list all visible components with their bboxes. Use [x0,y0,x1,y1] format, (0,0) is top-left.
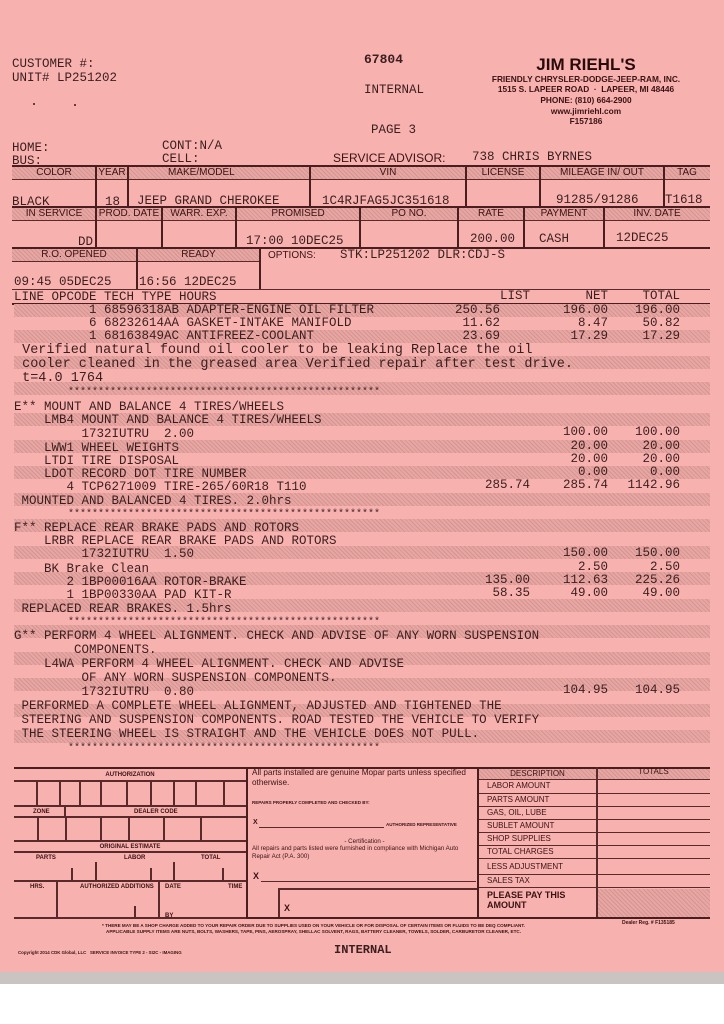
copyright-notice: Copyright 2014 CDK Global, LLC SERVICE I… [18,950,182,955]
inv-date-value: 12DEC25 [616,232,669,245]
separator-stars: ****************************************… [14,508,380,521]
gas-oil-lube-label: GAS, OIL, LUBE [487,808,547,817]
line-item-note: THE STEERING WHEEL IS STRAIGHT AND THE V… [14,728,479,741]
line-item-row: 4 TCP6271009 TIRE-265/60R18 T110 [14,481,307,494]
mileage-header: MILEAGE IN/ OUT [540,167,664,179]
inv-date-header: INV. DATE [604,208,710,220]
line-item-total: 49.00 [620,587,680,600]
customer-number-label: CUSTOMER #: [12,58,95,71]
dealer-subtitle: FRIENDLY CHRYSLER-DODGE-JEEP-RAM, INC. [476,74,696,84]
stray-dot [33,103,35,105]
less-adjustment-label: LESS ADJUSTMENT [487,862,563,871]
dealer-address: 1515 S. LAPEER ROAD · LAPEER, MI 48446 [476,84,696,94]
line-item-note: MOUNTED AND BALANCED 4 TIRES. 2.0hrs [14,495,292,508]
ro-opened-value: 09:45 05DEC25 [14,276,112,289]
year-header: YEAR [96,167,128,179]
certification-title: - Certification - [252,838,477,845]
line-item-row: 1732IUTRU 0.80 [14,686,194,699]
line-item-total: 100.00 [620,426,680,439]
total-charges-label: TOTAL CHARGES [487,847,554,856]
please-pay-label: PLEASE PAY THIS AMOUNT [487,890,587,910]
payment-value: CASH [539,233,569,246]
representative-signature-line[interactable] [259,827,384,828]
mopar-note: All parts installed are genuine Mopar pa… [252,768,477,788]
line-item-row: L4WA PERFORM 4 WHEEL ALIGNMENT. CHECK AN… [14,658,404,671]
rate-header: RATE [458,208,524,220]
license-header: LICENSE [466,167,540,179]
line-item-total: 104.95 [620,684,680,697]
line-item-note: PERFORMED A COMPLETE WHEEL ALIGNMENT, AD… [14,700,502,713]
service-advisor-label: SERVICE ADVISOR: [333,151,445,165]
line-item-row: 1 1BP00330AA PAD KIT-R [14,589,232,602]
options-value: STK:LP251202 DLR:CDJ-S [340,249,505,262]
line-item-list: 23.69 [440,330,500,343]
dealer-phone: PHONE: (810) 664-2900 [476,95,696,105]
shop-charge-note-line-2: APPLICABLE SUPPLY ITEMS ARE NUTS, BOLTS,… [106,929,521,934]
unit-number: UNIT# LP251202 [12,72,117,85]
ro-opened-header: R.O. OPENED [12,249,136,261]
total-label: TOTAL [201,855,220,861]
sublet-amount-label: SUBLET AMOUNT [487,821,554,830]
options-label: OPTIONS: [268,250,316,261]
color-header: COLOR [12,167,96,179]
repairs-checked-label: REPAIRS PROPERLY COMPLETED AND CHECKED B… [252,800,370,805]
ready-value: 16:56 12DEC25 [139,276,237,289]
line-item-row: 1732IUTRU 1.50 [14,548,194,561]
parts-amount-label: PARTS AMOUNT [487,795,549,804]
net-header: NET [548,290,608,303]
job-g-title: G** PERFORM 4 WHEEL ALIGNMENT. CHECK AND… [14,630,539,643]
authorized-representative-label: AUTHORIZED REPRESENTATIVE [386,822,457,827]
dealer-registration: Dealer Reg. # F135185 [622,920,675,926]
line-item-note: cooler cleaned in the greased area Verif… [14,358,573,371]
separator-stars: ****************************************… [14,386,380,399]
po-no-header: PO NO. [360,208,458,220]
list-header: LIST [470,290,530,303]
certification-text: All repairs and parts listed were furnis… [252,845,477,860]
labor-amount-label: LABOR AMOUNT [487,781,551,790]
dealer-form-code: F157186 [476,116,696,126]
in-service-header: IN SERVICE [12,208,96,220]
make-model-header: MAKE/MODEL [128,167,238,179]
prod-date-header: PROD. DATE [96,208,162,220]
line-item-row: OF ANY WORN SUSPENSION COMPONENTS. [14,672,337,685]
please-pay-amount-box [598,889,710,917]
ready-header: READY [137,249,260,261]
line-item-net: 49.00 [548,587,608,600]
vin-header: VIN [310,167,466,179]
line-item-list: 58.35 [470,587,530,600]
totals-header: TOTALS [597,767,710,776]
line-item-total: 17.29 [620,330,680,343]
customer-signature-line[interactable] [261,881,476,882]
tag-header: TAG [664,167,710,179]
original-estimate-label: ORIGINAL ESTIMATE [14,844,246,850]
line-item-row: 1732IUTRU 2.00 [14,428,194,441]
zone-label: ZONE [33,809,50,815]
hours-label: HRS. [30,884,44,890]
line-item-note: t=4.0 1764 [14,372,103,385]
scan-edge [0,972,724,984]
rate-value: 200.00 [470,233,515,246]
dealer-name: JIM RIEHL'S [476,55,696,75]
signature-x: X [253,819,258,826]
line-item-net: 104.95 [548,684,608,697]
service-advisor-value: 738 CHRIS BYRNES [472,151,592,164]
separator-stars: ****************************************… [14,742,380,755]
line-item-note: Verified natural found oil cooler to be … [14,344,532,357]
dealer-code-label: DEALER CODE [134,809,178,815]
line-item-net: 17.29 [548,330,608,343]
line-item-note: REPLACED REAR BRAKES. 1.5hrs [14,603,232,616]
service-invoice-page: CUSTOMER #: UNIT# LP251202 67804 INTERNA… [0,0,724,983]
line-item-list: 285.74 [470,479,530,492]
line-item-net: 100.00 [548,426,608,439]
promised-header: PROMISED [236,208,360,220]
payment-header: PAYMENT [524,208,604,220]
total-header: TOTAL [620,290,680,303]
description-header: DESCRIPTION [479,769,596,778]
line-item-row: LMB4 MOUNT AND BALANCE 4 TIRES/WHEELS [14,414,322,427]
page-number: PAGE 3 [371,124,416,137]
shop-supplies-label: SHOP SUPPLIES [487,834,551,843]
stray-dot [74,104,76,106]
customer-signature-x: X [253,871,259,881]
labor-label: LABOR [124,855,145,861]
line-item-total: 1142.96 [620,479,680,492]
authorized-additions-label: AUTHORIZED ADDITIONS [80,884,140,890]
line-item-total: 150.00 [620,547,680,560]
pickup-signature-x[interactable]: X [284,903,290,913]
invoice-number: 67804 [364,53,403,66]
job-g-title-cont: COMPONENTS. [14,644,157,657]
shop-charge-note-line-1: * THERE MAY BE A SHOP CHARGE ADDED TO YO… [102,923,525,928]
separator-stars: ****************************************… [14,616,380,629]
parts-label: PARTS [36,855,56,861]
authorization-label: AUTHORIZATION [14,772,246,778]
line-item-row: 1 68163849AC ANTIFREEZ-COOLANT [14,330,314,343]
dealer-website: www.jimriehl.com [476,106,696,116]
invoice-type: INTERNAL [364,84,424,97]
date-label: DATE [165,884,181,890]
time-label: TIME [228,884,242,890]
line-item-net: 285.74 [548,479,608,492]
line-item-net: 150.00 [548,547,608,560]
footer-internal-label: INTERNAL [334,944,392,957]
sales-tax-label: SALES TAX [487,876,530,885]
warr-exp-header: WARR. EXP. [162,208,236,220]
line-item-note: STEERING AND SUSPENSION COMPONENTS. ROAD… [14,714,539,727]
